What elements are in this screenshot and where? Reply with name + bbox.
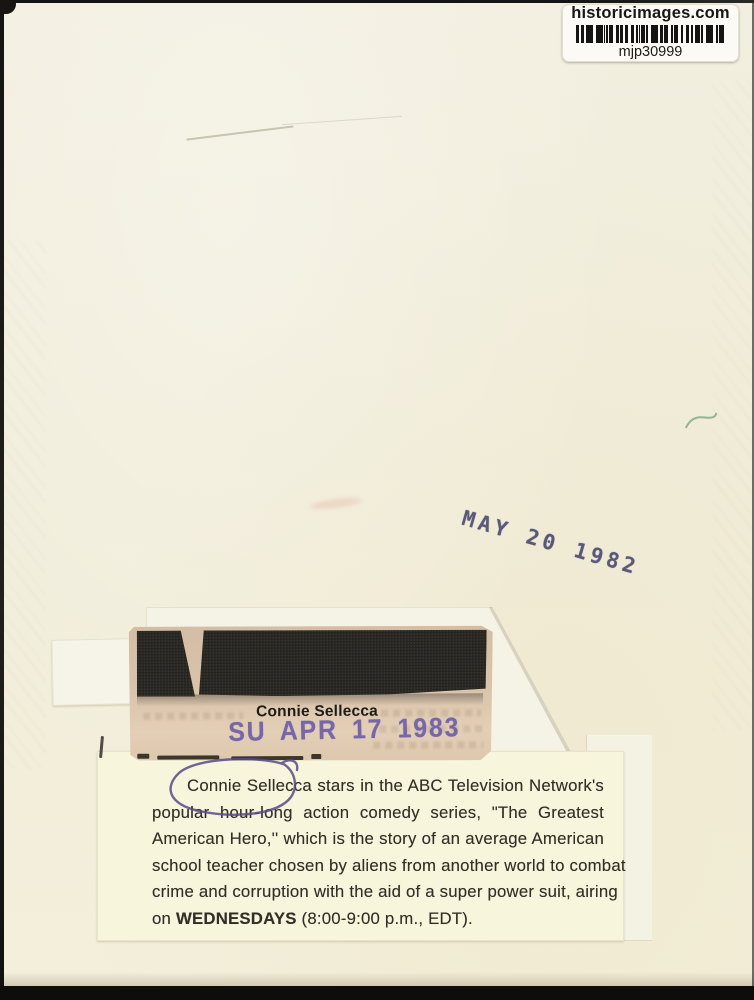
caption-line: on WEDNESDAYS (8:00-9:00 p.m., EDT). bbox=[152, 906, 604, 933]
ghost-print-left bbox=[2, 240, 46, 770]
newsprint-mark bbox=[137, 754, 149, 759]
ink-smudge bbox=[310, 496, 363, 511]
redaction-block bbox=[137, 629, 487, 697]
date-received-stamp: MAY 20 1982 bbox=[459, 506, 642, 580]
caption-line: American Hero,'' which is the story of a… bbox=[152, 826, 604, 853]
ghost-print-right bbox=[712, 80, 752, 730]
label-code-text: mjp30999 bbox=[619, 44, 683, 61]
paper-crease bbox=[282, 116, 402, 125]
barcode-label: historicimages.com mjp30999 bbox=[562, 4, 739, 62]
caption-bold-word: WEDNESDAYS bbox=[176, 909, 297, 928]
photo-back: historicimages.com mjp30999 MAY 20 1982 … bbox=[0, 0, 754, 1000]
air-date-stamp: SU APR 17 1983 bbox=[228, 712, 461, 748]
caption-line: school teacher chosen by aliens from ano… bbox=[152, 853, 604, 880]
barcode-icon bbox=[576, 25, 726, 43]
paper-scrap bbox=[51, 638, 136, 706]
photo-edge-left bbox=[0, 0, 4, 1000]
paper-crease bbox=[186, 125, 293, 140]
photo-edge-bottom bbox=[0, 986, 754, 1000]
annotation-oval-icon bbox=[163, 758, 321, 822]
label-site-text: historicimages.com bbox=[571, 5, 730, 22]
bottom-shadow bbox=[0, 972, 754, 986]
photo-edge-top bbox=[0, 0, 754, 3]
caption-line: crime and corruption with the aid of a s… bbox=[152, 879, 604, 906]
photo-corner-mark bbox=[0, 0, 16, 14]
